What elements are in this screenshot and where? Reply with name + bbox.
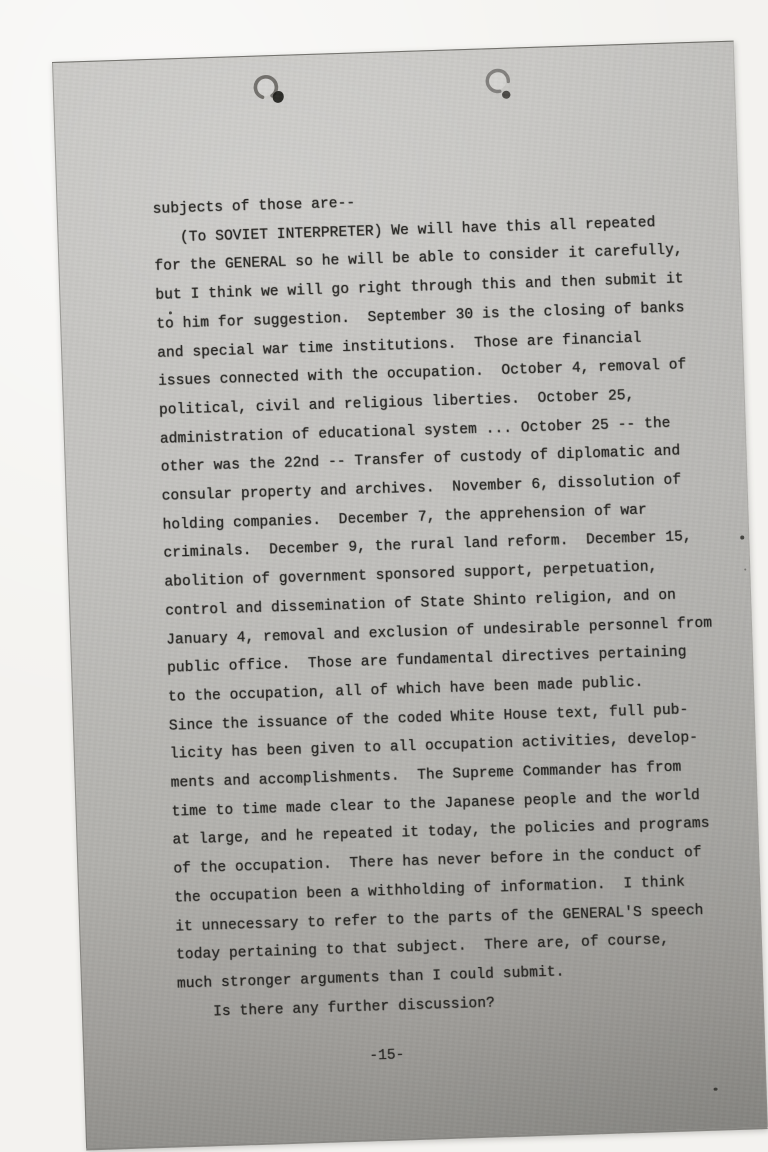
punch-hole-icon bbox=[247, 70, 292, 115]
ink-speck bbox=[169, 311, 172, 314]
document-page: subjects of those are-- (To SOVIET INTER… bbox=[52, 41, 768, 1151]
punch-hole-icon bbox=[479, 64, 524, 109]
scanner-background: subjects of those are-- (To SOVIET INTER… bbox=[0, 0, 768, 1152]
typewritten-text-block: subjects of those are-- (To SOVIET INTER… bbox=[152, 179, 724, 1028]
ink-speck bbox=[714, 1088, 718, 1091]
page-number: -15- bbox=[369, 1041, 405, 1071]
ink-speck bbox=[744, 568, 746, 570]
ink-speck bbox=[740, 535, 744, 539]
